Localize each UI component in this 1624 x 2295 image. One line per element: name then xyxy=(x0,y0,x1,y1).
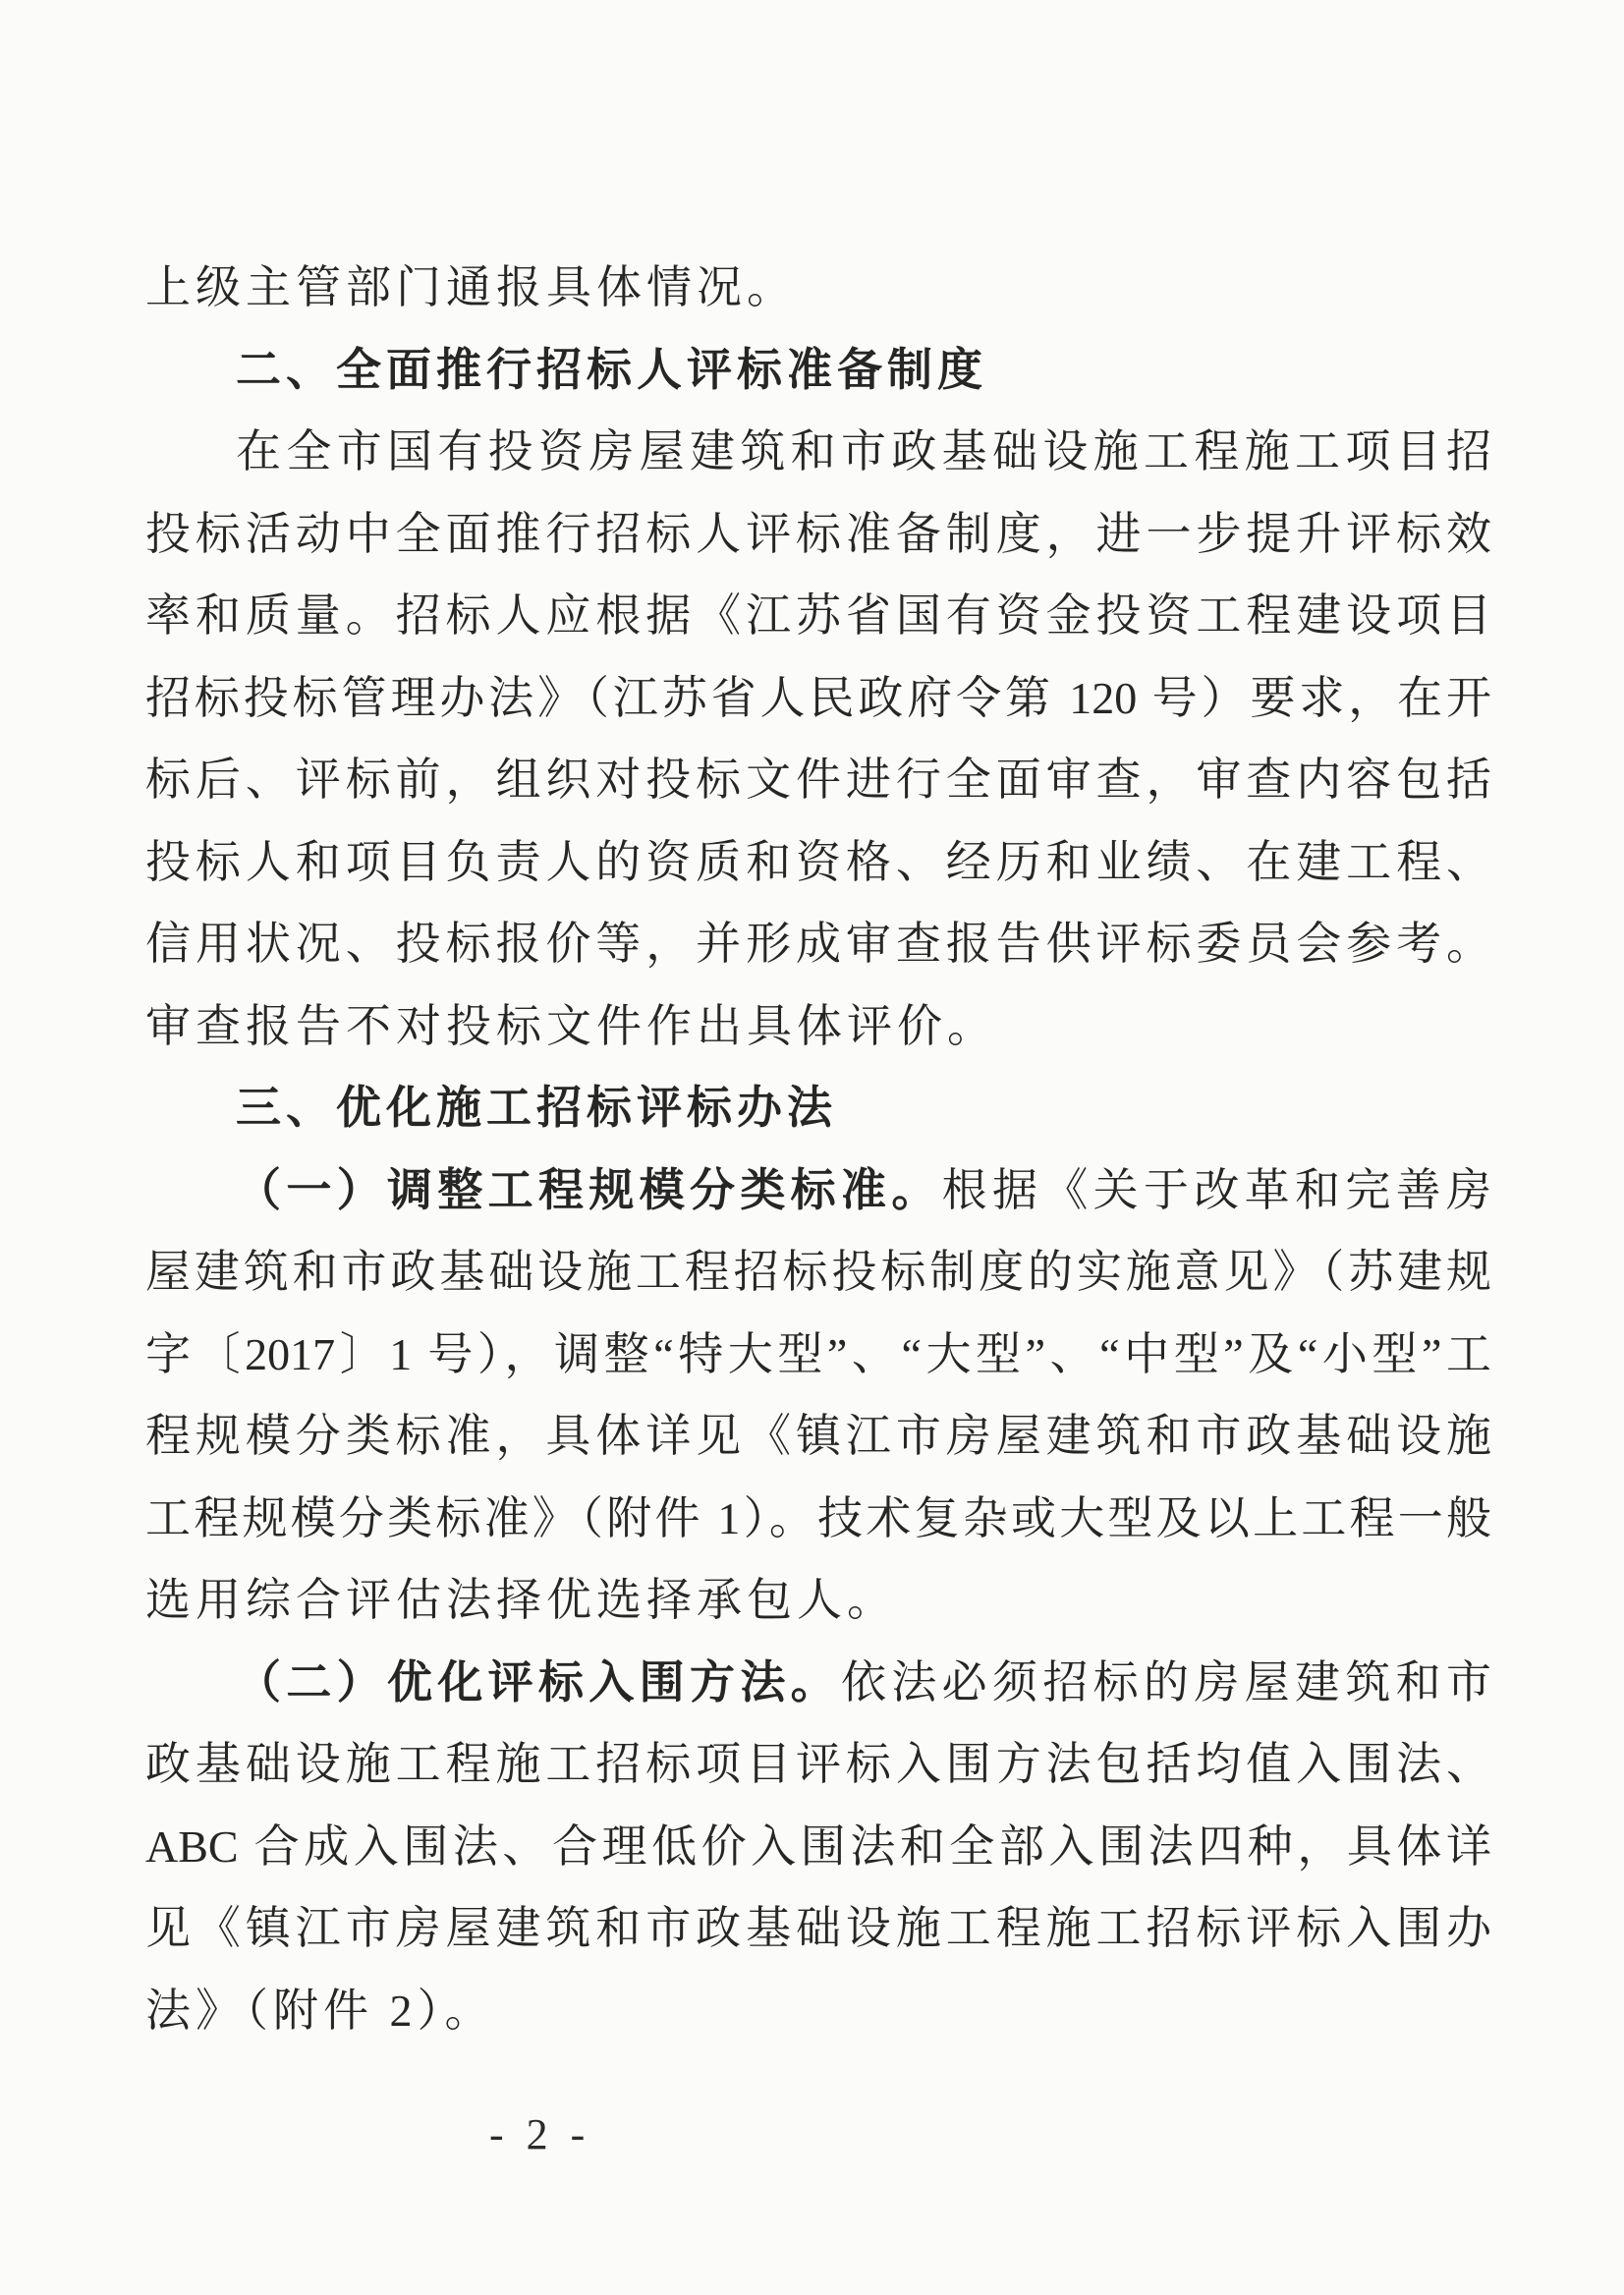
document-body: 上级主管部门通报具体情况。二、全面推行招标人评标准备制度在全市国有投资房屋建筑和… xyxy=(145,247,1491,2051)
line-segment: 见《镇江市房屋建筑和市政基础设施工程施工招标评标入围办 xyxy=(145,1903,1491,1953)
heading-line: 二、全面推行招标人评标准备制度 xyxy=(145,329,1491,412)
text-line: 招标投标管理办法》（江苏省人民政府令第 120 号）要求，在开 xyxy=(145,657,1491,740)
line-segment: 程规模分类标准，具体详见《镇江市房屋建筑和市政基础设施 xyxy=(145,1411,1491,1461)
line-segment: 三、优化施工招标评标办法 xyxy=(236,1082,837,1133)
line-segment: 根据《关于改革和完善房 xyxy=(942,1165,1491,1215)
text-line: 选用综合评估法择优选择承包人。 xyxy=(145,1559,1491,1642)
line-segment: 率和质量。招标人应根据《江苏省国有资金投资工程建设项目 xyxy=(145,590,1491,641)
heading-line: 三、优化施工招标评标办法 xyxy=(145,1067,1491,1149)
line-segment: 字〔2017〕1 号），调整“特大型”、“大型”、“中型”及“小型”工 xyxy=(145,1329,1491,1379)
text-line: 标后、评标前，组织对投标文件进行全面审查，审查内容包括 xyxy=(145,739,1491,821)
text-line: ABC 合成入围法、合理低价入围法和全部入围法四种，具体详 xyxy=(145,1806,1491,1888)
text-line: 工程规模分类标准》（附件 1）。技术复杂或大型及以上工程一般 xyxy=(145,1478,1491,1560)
line-segment: 投标活动中全面推行招标人评标准备制度，进一步提升评标效 xyxy=(145,509,1491,559)
text-line: 投标活动中全面推行招标人评标准备制度，进一步提升评标效 xyxy=(145,493,1491,576)
line-segment: 信用状况、投标报价等，并形成审查报告供评标委员会参考。 xyxy=(145,919,1491,969)
line-segment: 上级主管部门通报具体情况。 xyxy=(145,262,797,312)
line-segment: （二）优化评标入围方法。 xyxy=(236,1656,841,1707)
text-line: 在全市国有投资房屋建筑和市政基础设施工程施工项目招 xyxy=(145,411,1491,493)
line-segment: 在全市国有投资房屋建筑和市政基础设施工程施工项目招 xyxy=(236,426,1491,476)
line-segment: ABC 合成入围法、合理低价入围法和全部入围法四种，具体详 xyxy=(145,1821,1491,1872)
text-line: 投标人和项目负责人的资质和资格、经历和业绩、在建工程、 xyxy=(145,821,1491,904)
page-number: - 2 - xyxy=(489,2105,590,2164)
text-line: 信用状况、投标报价等，并形成审查报告供评标委员会参考。 xyxy=(145,903,1491,985)
line-segment: 法》（附件 2）。 xyxy=(145,1986,495,2036)
text-line: 屋建筑和市政基础设施工程招标投标制度的实施意见》（苏建规 xyxy=(145,1231,1491,1314)
text-line: 政基础设施工程施工招标项目评标入围方法包括均值入围法、 xyxy=(145,1723,1491,1806)
line-segment: 投标人和项目负责人的资质和资格、经历和业绩、在建工程、 xyxy=(145,837,1491,887)
text-line: 审查报告不对投标文件作出具体评价。 xyxy=(145,985,1491,1068)
line-segment: 招标投标管理办法》（江苏省人民政府令第 120 号）要求，在开 xyxy=(145,673,1491,723)
text-line: 上级主管部门通报具体情况。 xyxy=(145,247,1491,329)
line-segment: 二、全面推行招标人评标准备制度 xyxy=(236,344,987,395)
text-line: 程规模分类标准，具体详见《镇江市房屋建筑和市政基础设施 xyxy=(145,1395,1491,1478)
line-segment: 审查报告不对投标文件作出具体评价。 xyxy=(145,1001,997,1051)
line-segment: 选用综合评估法择优选择承包人。 xyxy=(145,1575,897,1625)
line-segment: 政基础设施工程施工招标项目评标入围方法包括均值入围法、 xyxy=(145,1739,1491,1789)
text-line: 率和质量。招标人应根据《江苏省国有资金投资工程建设项目 xyxy=(145,575,1491,657)
line-segment: 依法必须招标的房屋建筑和市 xyxy=(841,1657,1491,1707)
line-segment: 工程规模分类标准》（附件 1）。技术复杂或大型及以上工程一般 xyxy=(145,1493,1491,1543)
text-line: 字〔2017〕1 号），调整“特大型”、“大型”、“中型”及“小型”工 xyxy=(145,1314,1491,1396)
line-segment: 标后、评标前，组织对投标文件进行全面审查，审查内容包括 xyxy=(145,755,1491,805)
text-line: 见《镇江市房屋建筑和市政基础设施工程施工招标评标入围办 xyxy=(145,1887,1491,1970)
text-line: （一）调整工程规模分类标准。根据《关于改革和完善房 xyxy=(145,1149,1491,1232)
line-segment: （一）调整工程规模分类标准。 xyxy=(236,1164,942,1215)
document-page: 上级主管部门通报具体情况。二、全面推行招标人评标准备制度在全市国有投资房屋建筑和… xyxy=(0,0,1624,2295)
text-line: （二）优化评标入围方法。依法必须招标的房屋建筑和市 xyxy=(145,1642,1491,1724)
text-line: 法》（附件 2）。 xyxy=(145,1970,1491,2052)
line-segment: 屋建筑和市政基础设施工程招标投标制度的实施意见》（苏建规 xyxy=(145,1247,1491,1297)
